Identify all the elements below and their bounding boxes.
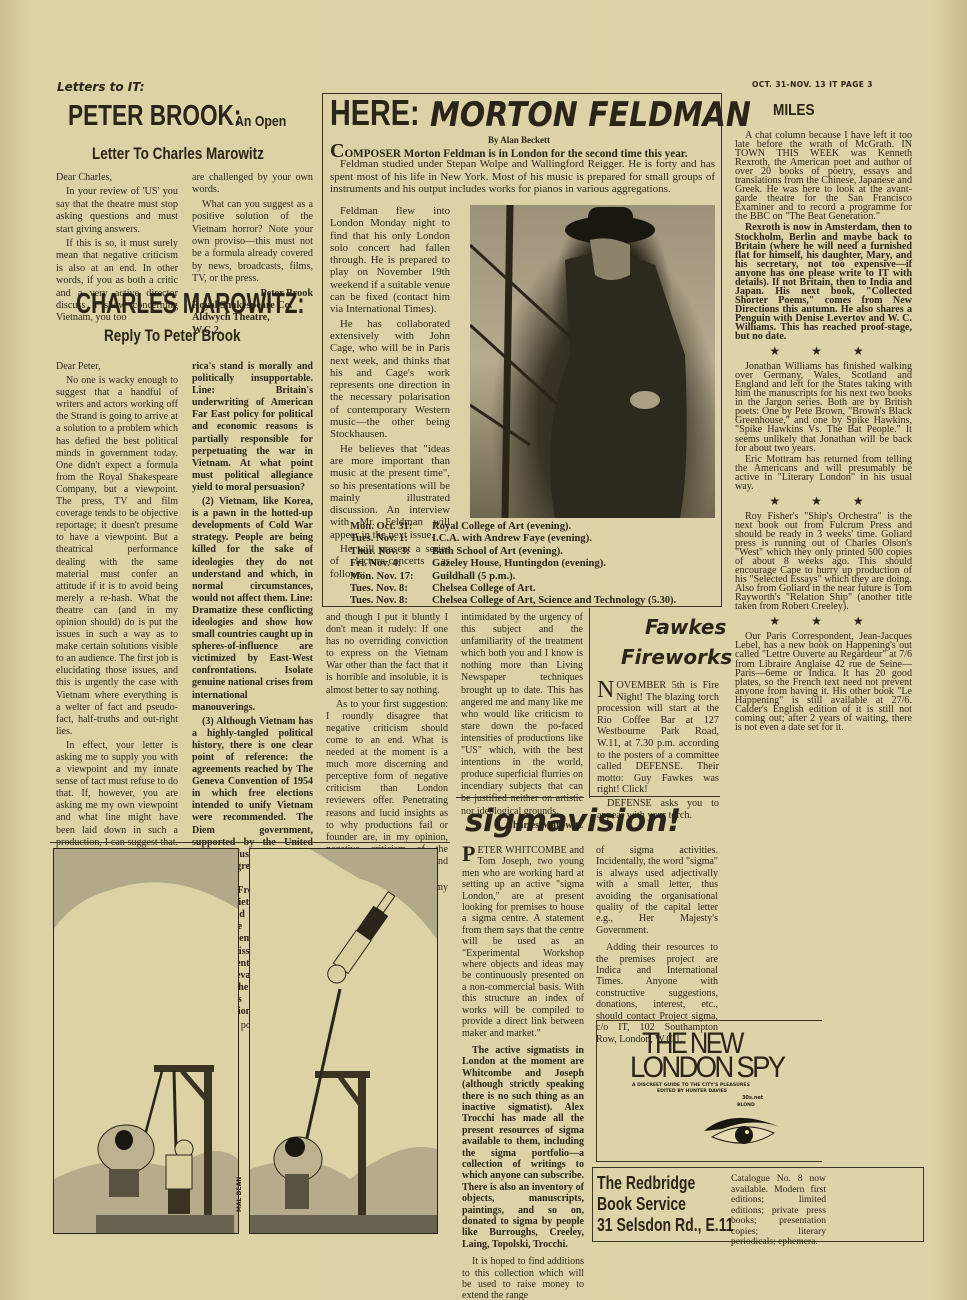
- spy-publisher: BLOND: [737, 1103, 755, 1108]
- london-spy-ad: THE NEW LONDON SPY A DISCREET GUIDE TO T…: [596, 1020, 822, 1162]
- sigma-col1: PETER WHITCOMBE and Tom Joseph, two youn…: [462, 845, 584, 1300]
- schedule-venue: Gazeley House, Huntingdon (evening).: [432, 558, 606, 570]
- drop-cap: N: [597, 680, 614, 700]
- paragraph: of sigma activities. Incidentally, the w…: [596, 845, 718, 936]
- schedule-date: Mon. Nov. 17:: [350, 571, 432, 583]
- paragraph: Dear Charles,: [56, 172, 178, 184]
- marowitz-subhead: Reply To Peter Brook: [104, 327, 241, 346]
- paragraph: No one is wacky enough to suggest that a…: [56, 375, 178, 738]
- paragraph: Roy Fisher's "Ship's Orchestra" is the n…: [735, 512, 912, 612]
- divider: [590, 796, 720, 797]
- paragraph: The active sigmatists in London at the m…: [462, 1045, 584, 1250]
- redbridge-description: Catalogue No. 8 now available. Modern fi…: [731, 1174, 826, 1248]
- feldman-photo-figure-icon: [470, 205, 715, 518]
- paragraph: intimidated by the urgency of this subje…: [461, 612, 583, 818]
- miles-column: A chat column because I have left it too…: [735, 131, 912, 734]
- drop-cap: P: [462, 845, 475, 863]
- schedule-venue: Guildhall (5 p.m.).: [432, 571, 515, 583]
- paragraph: What can you suggest as a positive solut…: [192, 199, 313, 286]
- schedule-date: Mon. Oct. 31:: [350, 521, 432, 533]
- section-label: Letters to IT:: [57, 80, 145, 94]
- miles-headline: MILES: [773, 102, 815, 120]
- feldman-headline: HERE:: [330, 92, 442, 134]
- schedule-venue: Chelsea College of Art.: [432, 583, 536, 595]
- feldman-headline-here: HERE:: [330, 92, 420, 134]
- schedule-row: Thur. Nov. 3:Bath School of Art (evening…: [350, 546, 715, 558]
- paragraph: Feldman studied under Stepan Wolpe and W…: [330, 158, 715, 196]
- paragraph: and though I put it bluntly I don't mean…: [326, 612, 448, 697]
- paragraph: It is hoped to find additions to this co…: [462, 1256, 584, 1300]
- redbridge-ad[interactable]: The Redbridge Book Service 31 Selsdon Rd…: [592, 1167, 924, 1242]
- page-folio: OCT. 31-NOV. 13 IT PAGE 3: [752, 80, 873, 89]
- schedule-row: Mon. Nov. 17:Guildhall (5 p.m.).: [350, 571, 715, 583]
- feldman-headline-name: MORTON FELDMAN: [430, 95, 751, 135]
- paragraph: rica's stand is morally and politically …: [192, 361, 313, 494]
- schedule-row: Tues. Nov. 8:Chelsea College of Art, Sci…: [350, 595, 715, 607]
- cartoon-panel-right: [249, 848, 438, 1234]
- paragraph: Eric Mottram has returned from telling t…: [735, 455, 912, 491]
- paragraph: Our Paris Correspondent, Jean-Jacques Le…: [735, 632, 912, 732]
- schedule-row: Fri. Nov. 4:Gazeley House, Huntingdon (e…: [350, 558, 715, 570]
- star-divider-icon: ★ ★ ★: [735, 617, 912, 626]
- divider: [50, 842, 450, 843]
- brook-subhead: Letter To Charles Marowitz: [92, 145, 264, 164]
- paragraph: Dear Peter,: [56, 361, 178, 373]
- star-divider-icon: ★ ★ ★: [735, 497, 912, 506]
- paragraph: are challenged by your own words.: [192, 172, 313, 197]
- fawkes-headline-a: Fawkes: [645, 615, 726, 639]
- spy-price: 30s.net: [742, 1095, 763, 1101]
- paragraph: (2) Vietnam, like Korea, is a pawn in th…: [192, 496, 313, 714]
- fawkes-headline-b: Fireworks: [621, 645, 732, 669]
- paragraph: He has collaborated extensively with Joh…: [330, 318, 450, 441]
- feldman-intro: Feldman studied under Stepan Wolpe and W…: [330, 158, 715, 198]
- divider: [589, 608, 590, 798]
- brook-headline-main: PETER BROOK:: [68, 100, 241, 133]
- schedule-date: Thur. Nov. 3:: [350, 546, 432, 558]
- marowitz-headline: CHARLES MAROWITZ:: [76, 288, 304, 321]
- eye-icon: [702, 1109, 782, 1154]
- cartoon-credit: MAL DEAN: [236, 1177, 243, 1212]
- schedule-row: Tues. Nov. 8:Chelsea College of Art.: [350, 583, 715, 595]
- fawkes-body: NOVEMBER 5th is Fire Night! The blazing …: [597, 680, 719, 823]
- redbridge-line1: The Redbridge: [597, 1173, 734, 1194]
- redbridge-address: 31 Selsdon Rd., E.11: [597, 1215, 734, 1236]
- spy-editor: EDITED BY HUNTER DAVIES: [657, 1089, 727, 1094]
- schedule-venue: Royal College of Art (evening).: [432, 521, 571, 533]
- spy-title-b: LONDON SPY: [630, 1055, 783, 1081]
- gallows-catapult-icon: [250, 849, 437, 1233]
- lecture-schedule: Mon. Oct. 31:Royal College of Art (eveni…: [350, 521, 715, 608]
- brook-headline-tail: An Open: [235, 113, 286, 130]
- sigma-col2: of sigma activities. Incidentally, the w…: [596, 845, 718, 1047]
- paragraph: In your review of 'US' you say that the …: [56, 186, 178, 236]
- schedule-venue: Chelsea College of Art, Science and Tech…: [432, 595, 676, 607]
- schedule-venue: I.C.A. with Andrew Faye (evening).: [432, 533, 592, 545]
- divider: [456, 797, 584, 798]
- newspaper-page: OCT. 31-NOV. 13 IT PAGE 3 Letters to IT:…: [0, 0, 967, 1300]
- gallows-executioner-icon: [54, 849, 238, 1233]
- sigma-headline: sigmavision!: [465, 803, 681, 839]
- feldman-photo: [470, 205, 715, 518]
- redbridge-line2: Book Service: [597, 1194, 734, 1215]
- schedule-venue: Bath School of Art (evening).: [432, 546, 563, 558]
- paragraph: Jonathan Williams has finished walking o…: [735, 362, 912, 452]
- spy-tagline: A DISCREET GUIDE TO THE CITY'S PLEASURES: [632, 1083, 750, 1088]
- paragraph: OVEMBER 5th is Fire Night! The blazing t…: [597, 680, 719, 795]
- schedule-date: Tues. Nov. 1:: [350, 533, 432, 545]
- schedule-row: Tues. Nov. 1:I.C.A. with Andrew Faye (ev…: [350, 533, 715, 545]
- schedule-date: Tues. Nov. 8:: [350, 595, 432, 607]
- star-divider-icon: ★ ★ ★: [735, 347, 912, 356]
- paragraph: ETER WHITCOMBE and Tom Joseph, two young…: [462, 845, 584, 1039]
- paragraph: A chat column because I have left it too…: [735, 131, 912, 221]
- redbridge-name: The Redbridge Book Service 31 Selsdon Rd…: [597, 1173, 734, 1236]
- schedule-date: Fri. Nov. 4:: [350, 558, 432, 570]
- paragraph: Feldman flew into London Monday night to…: [330, 205, 450, 316]
- paragraph: Rexroth is now in Amsterdam, then to Sto…: [735, 223, 912, 341]
- schedule-date: Tues. Nov. 8:: [350, 583, 432, 595]
- schedule-row: Mon. Oct. 31:Royal College of Art (eveni…: [350, 521, 715, 533]
- cartoon-panel-left: [53, 848, 239, 1234]
- marowitz-col4: intimidated by the urgency of this subje…: [461, 612, 583, 832]
